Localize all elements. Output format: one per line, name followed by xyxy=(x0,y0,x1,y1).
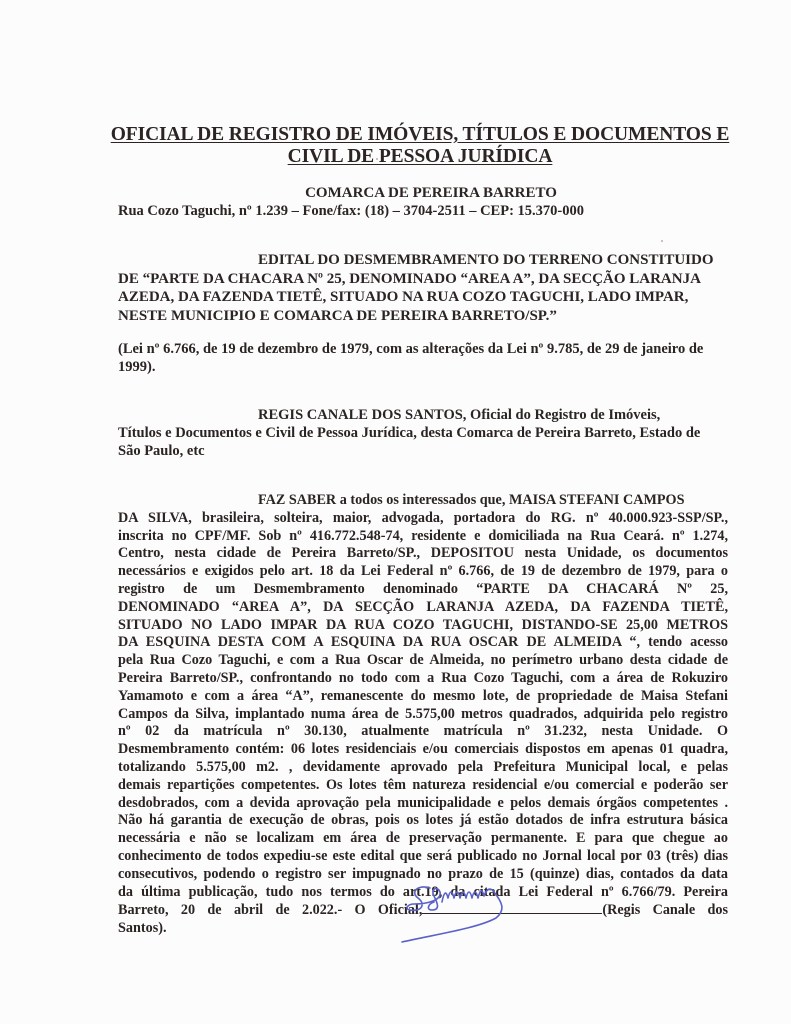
body-line: Yamamoto e com a área “A”, remanescente … xyxy=(118,688,728,706)
closing-suffix: (Regis Canale dos xyxy=(602,902,728,918)
body-line: registro de um Desmembramento denominado… xyxy=(118,581,728,599)
scan-speck xyxy=(376,158,378,160)
body-line: necessária e não se localizam em área de… xyxy=(118,830,728,848)
intro-line: Títulos e Documentos e Civil de Pessoa J… xyxy=(118,424,738,442)
body-line: da última publicação, tudo nos termos do… xyxy=(118,884,728,902)
body-line: DA ESQUINA DESTA COM A ESQUINA DA RUA OS… xyxy=(118,634,728,652)
intro-line: São Paulo, etc xyxy=(118,442,738,460)
edital-line: EDITAL DO DESMEMBRAMENTO DO TERRENO CONS… xyxy=(118,251,718,270)
edital-line: AZEDA, DA FAZENDA TIETÊ, SITUADO NA RUA … xyxy=(118,288,718,307)
law-line: (Lei nº 6.766, de 19 de dezembro de 1979… xyxy=(118,340,738,358)
edital-body: FAZ SABER a todos os interessados que, M… xyxy=(118,492,728,938)
body-line: SITUADO NO LADO IMPAR DA RUA COZO TAGUCH… xyxy=(118,617,728,635)
document-page: OFICIAL DE REGISTRO DE IMÓVEIS, TÍTULOS … xyxy=(0,0,791,1024)
body-line: pela Rua Cozo Taguchi, e com a Rua Oscar… xyxy=(118,652,728,670)
body-line: nº 02 da matrícula nº 30.130, atualmente… xyxy=(118,723,728,741)
body-line: FAZ SABER a todos os interessados que, M… xyxy=(118,492,728,510)
law-line: 1999). xyxy=(118,358,738,376)
comarca-heading: COMARCA DE PEREIRA BARRETO xyxy=(100,184,740,202)
body-line: conhecimento de todos expediu-se este ed… xyxy=(118,848,728,866)
closing-prefix: Barreto, 20 de abril de 2.022.- O Oficia… xyxy=(118,902,422,918)
body-line: necessários e exigidos pelo art. 18 da L… xyxy=(118,563,728,581)
body-line: inscrita no CPF/MF. Sob nº 416.772.548-7… xyxy=(118,528,728,546)
document-title: OFICIAL DE REGISTRO DE IMÓVEIS, TÍTULOS … xyxy=(100,124,740,168)
edital-line: NESTE MUNICIPIO E COMARCA DE PEREIRA BAR… xyxy=(118,307,718,326)
office-address: Rua Cozo Taguchi, nº 1.239 – Fone/fax: (… xyxy=(118,202,584,220)
signature-line xyxy=(422,901,602,914)
body-line: Campos da Silva, implantado numa área de… xyxy=(118,706,728,724)
closing-last-line: Santos). xyxy=(118,920,728,938)
body-line: consecutivos, podendo o registro ser imp… xyxy=(118,866,728,884)
scan-speck xyxy=(661,240,663,242)
body-line: Desmembramento contém: 06 lotes residenc… xyxy=(118,741,728,759)
law-reference: (Lei nº 6.766, de 19 de dezembro de 1979… xyxy=(118,340,738,376)
closing-line: Barreto, 20 de abril de 2.022.- O Oficia… xyxy=(118,901,728,920)
body-line: totalizando 5.575,00 m2. , devidamente a… xyxy=(118,759,728,777)
officer-introduction: REGIS CANALE DOS SANTOS, Oficial do Regi… xyxy=(118,406,738,460)
body-line: desdobrados, com a devida aprovação pela… xyxy=(118,795,728,813)
body-line: Não há garantia de execução de obras, po… xyxy=(118,812,728,830)
edital-heading: EDITAL DO DESMEMBRAMENTO DO TERRENO CONS… xyxy=(118,251,718,325)
title-line-2: CIVIL DE PESSOA JURÍDICA xyxy=(100,146,740,168)
body-line: Centro, nesta cidade de Pereira Barreto/… xyxy=(118,545,728,563)
body-line: demais repartições competentes. Os lotes… xyxy=(118,777,728,795)
edital-line: DE “PARTE DA CHACARA Nº 25, DENOMINADO “… xyxy=(118,270,718,289)
body-line: Pereira Barreto/SP., confrontando no tod… xyxy=(118,670,728,688)
title-line-1: OFICIAL DE REGISTRO DE IMÓVEIS, TÍTULOS … xyxy=(100,124,740,146)
body-line: DENOMINADO “AREA A”, DA SECÇÃO LARANJA A… xyxy=(118,599,728,617)
body-line: DA SILVA, brasileira, solteira, maior, a… xyxy=(118,510,728,528)
intro-line: REGIS CANALE DOS SANTOS, Oficial do Regi… xyxy=(118,406,738,424)
